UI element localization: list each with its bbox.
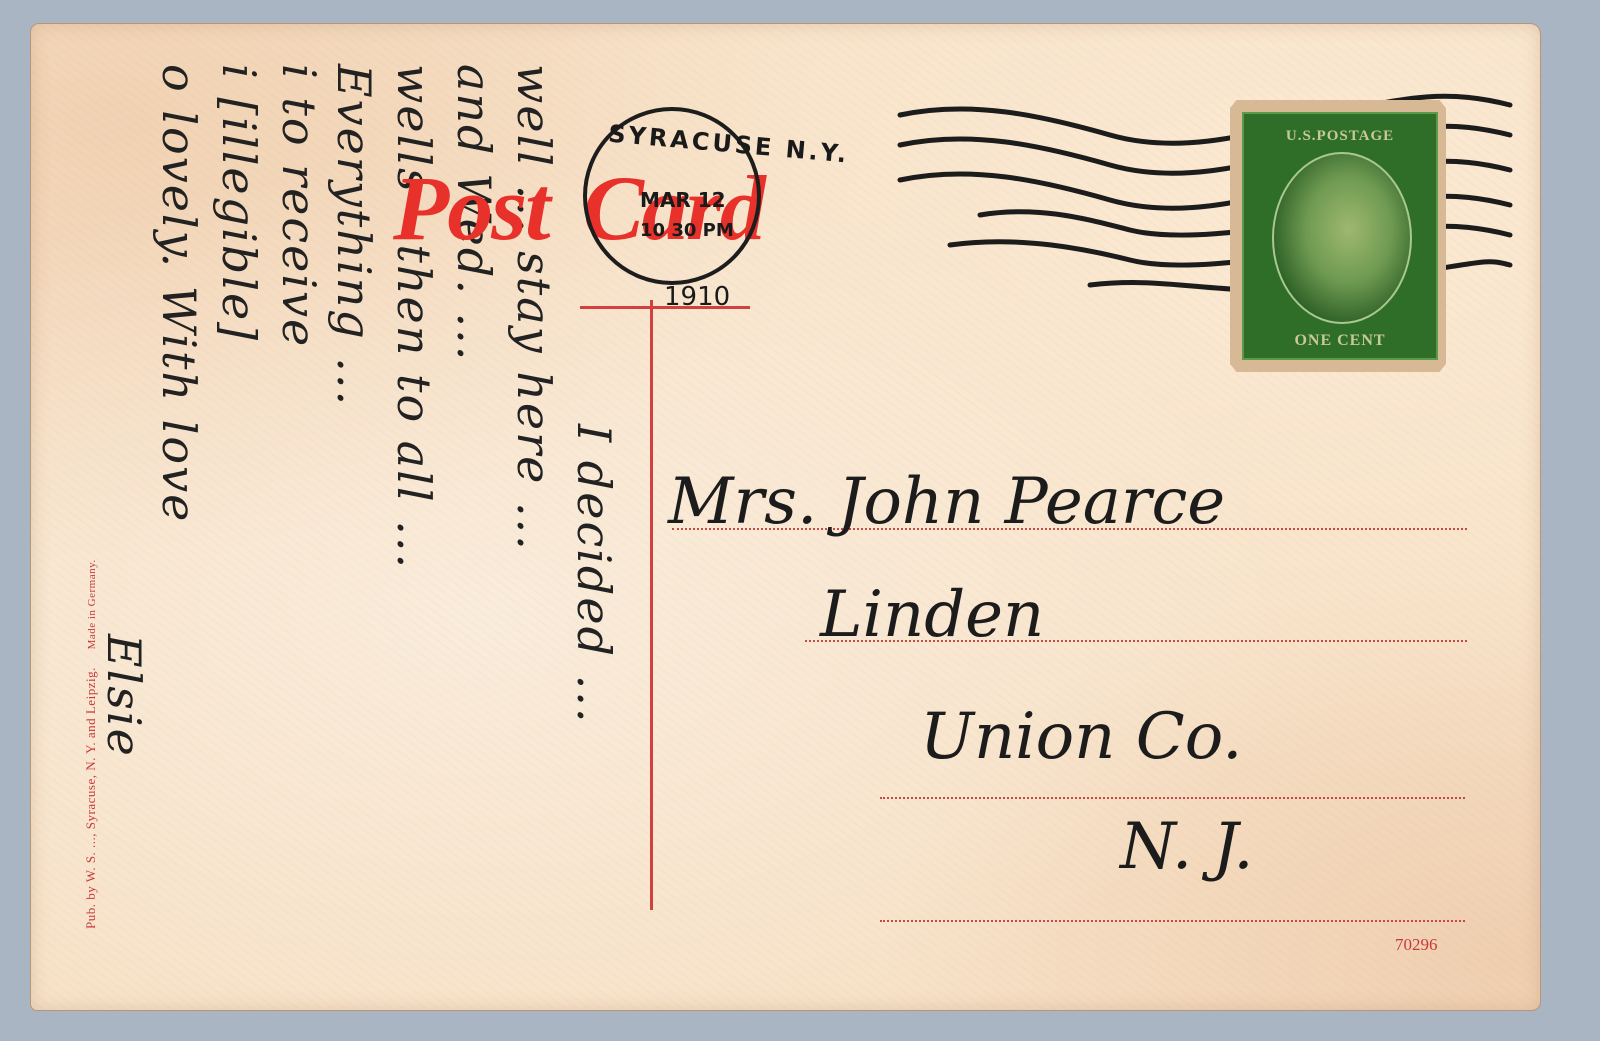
postmark-time: 10 30 PM xyxy=(640,220,734,241)
address-line xyxy=(880,920,1465,922)
title-word-post: Post xyxy=(393,157,549,259)
publisher-text: Pub. by W. S. ..., Syracuse, N. Y. and L… xyxy=(83,667,98,929)
postage-stamp: U.S.POSTAGE ONE CENT xyxy=(1242,112,1438,360)
franklin-portrait-icon xyxy=(1272,152,1412,324)
message-column: i [illegible] xyxy=(212,64,266,342)
address-county: Union Co. xyxy=(920,700,1242,774)
address-state: N. J. xyxy=(1120,810,1254,884)
stamp-top-label: U.S.POSTAGE xyxy=(1244,128,1436,145)
message-column: Everything ... xyxy=(327,64,381,407)
serial-number: 70296 xyxy=(1395,935,1438,955)
address-line xyxy=(880,797,1465,799)
signature: Elsie xyxy=(97,634,151,758)
address-name: Mrs. John Pearce xyxy=(668,465,1225,539)
postmark-date: MAR 12 xyxy=(640,188,726,212)
message-column: wells - then to all ... xyxy=(387,64,441,570)
postmark-year: 1910 xyxy=(664,282,730,312)
address-town: Linden xyxy=(820,578,1044,652)
message-column: o lovely. With love xyxy=(152,64,206,523)
message-column: i to receive xyxy=(272,64,326,348)
message-column: well ... stay here ... xyxy=(507,64,561,552)
divider-vertical xyxy=(650,300,653,910)
message-column: I decided ... xyxy=(567,424,621,725)
stamp-bottom-label: ONE CENT xyxy=(1244,332,1436,350)
